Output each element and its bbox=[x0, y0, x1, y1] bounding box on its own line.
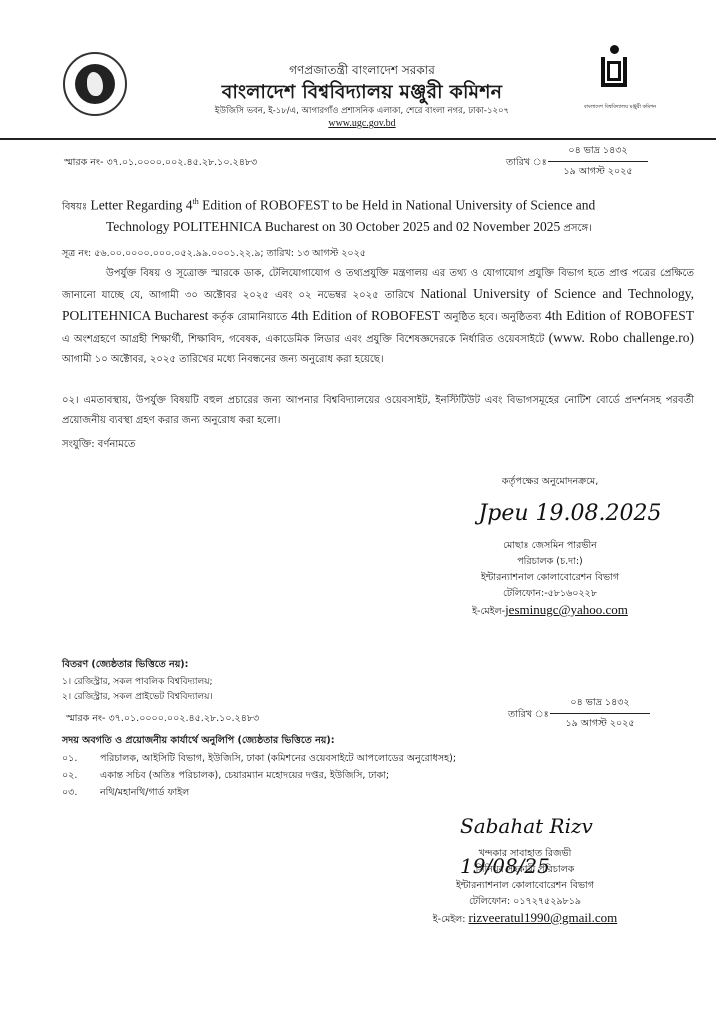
signatory-1-name: মোছাঃ জেসমিন পারভীন bbox=[420, 538, 680, 554]
memo-number-2: স্মারক নং- ৩৭.০১.০০০০.০০২.৪৫.২৮.১০.২৪৮৩ bbox=[66, 712, 259, 727]
signatory-2-phone: টেলিফোন: ০১৭২৭৫২৯৮১৯ bbox=[410, 894, 640, 910]
signatory-1-designation: পরিচালক (চ.দা:) bbox=[420, 554, 680, 570]
distribution-title: বিতরণ (জ্যেষ্ঠতার ভিত্তিতে নয়): bbox=[62, 658, 188, 673]
date-label: তারিখ ঃ bbox=[506, 156, 547, 171]
p1-text-g: এ অংশগ্রহণে আগ্রহী শিক্ষার্থী, শিক্ষাবিদ… bbox=[62, 334, 549, 345]
signatory-2-department: ইন্টারন্যাশনাল কোলাবোরেশন বিভাগ bbox=[410, 878, 640, 894]
signatory-1: কর্তৃপক্ষের অনুমোদনক্রমে, Jpeu 19.08.202… bbox=[420, 474, 680, 620]
header-divider bbox=[0, 138, 716, 140]
p1-website[interactable]: (www. Robo challenge.ro) bbox=[549, 330, 694, 345]
ugc-logo bbox=[595, 45, 635, 105]
logo-g-shape bbox=[607, 61, 621, 81]
p1-text-e: অনুষ্ঠিত হবে। অনুষ্ঠিতব্য bbox=[440, 312, 545, 323]
ugc-logo-caption: বাংলাদেশ বিশ্ববিদ্যালয় মঞ্জুরী কমিশন bbox=[580, 104, 660, 111]
signatory-1-department: ইন্টারন্যাশনাল কোলাবোরেশন বিভাগ bbox=[420, 570, 680, 586]
date-label-2: তারিখ ঃ bbox=[508, 708, 549, 723]
body-paragraph-2: ০২। এমতাবস্থায়, উপর্যুক্ত বিষয়টি বহুল … bbox=[62, 391, 694, 431]
distribution-item: ১। রেজিস্ট্রার, সকল পাবলিক বিশ্ববিদ্যালয… bbox=[62, 674, 213, 689]
subject-line2: Technology POLITEHNICA Bucharest on 30 O… bbox=[62, 217, 702, 238]
copy-item-text: পরিচালক, আইসিটি বিভাগ, ইউজিসি, ঢাকা (কমি… bbox=[100, 752, 456, 767]
attachment-note: সংযুক্তি: বর্ণনামতে bbox=[62, 437, 135, 454]
signatory-2-email-link[interactable]: rizveeratul1990@gmail.com bbox=[468, 910, 617, 925]
signatory-1-phone: টেলিফোন:-৫৮১৬০২২৮ bbox=[420, 586, 680, 602]
date-bangla-2: ০৪ ভাদ্র ১৪৩২ bbox=[550, 696, 650, 714]
subject-suffix: প্রসঙ্গে। bbox=[560, 223, 591, 234]
distribution-item: ২। রেজিস্ট্রার, সকল প্রাইভেট বিশ্ববিদ্যা… bbox=[62, 689, 213, 704]
subject-line1-pre: Letter Regarding 4 bbox=[91, 198, 193, 213]
reference-number: সূত্র নং: ৫৬.০০.০০০০.০০০.০৫২.৯৯.০০০১.২২.… bbox=[62, 247, 366, 262]
signature-1: Jpeu 19.08.2025 bbox=[420, 490, 680, 538]
date-english-2: ১৯ আগস্ট ২০২৫ bbox=[550, 714, 650, 732]
subject-line2-text: Technology POLITEHNICA Bucharest on 30 O… bbox=[106, 219, 560, 234]
signatory-1-email-link[interactable]: jesminugc@yahoo.com bbox=[505, 602, 628, 617]
p1-text-c: কর্তৃক রোমানিয়াতে bbox=[208, 312, 291, 323]
subject: বিষয়ঃ Letter Regarding 4th Edition of R… bbox=[62, 192, 702, 238]
org-website-link[interactable]: www.ugc.gov.bd bbox=[0, 118, 724, 129]
date-english: ১৯ আগস্ট ২০২৫ bbox=[548, 162, 648, 180]
date-bangla: ০৪ ভাদ্র ১৪৩২ bbox=[548, 144, 648, 162]
signatory-2-name: খন্দকার সাবাহাত রিজভী bbox=[410, 846, 640, 862]
memo-number: স্মারক নং- ৩৭.০১.০০০০.০০২.৪৫.২৮.১০.২৪৮৩ bbox=[64, 156, 257, 171]
memo-date-2: ০৪ ভাদ্র ১৪৩২ ১৯ আগস্ট ২০২৫ bbox=[550, 696, 650, 732]
copies-title: সদয় অবগতি ও প্রয়োজনীয় কার্যার্থে অনুল… bbox=[62, 734, 335, 749]
p1-event-name: 4th Edition of ROBOFEST bbox=[291, 308, 440, 323]
body-paragraph-1: উপর্যুক্ত বিষয় ও সূত্রোক্ত স্মারকে ডাক,… bbox=[62, 264, 694, 370]
p1-event-name-2: 4th Edition of ROBOFEST bbox=[545, 308, 694, 323]
signatory-2-email-label: ই-মেইল: bbox=[433, 914, 469, 925]
copy-item-text: নথি/মহানথি/গার্ড ফাইল bbox=[100, 786, 189, 801]
copy-item-number: ০২. bbox=[62, 769, 77, 784]
logo-dot bbox=[610, 45, 619, 54]
memo-date: ০৪ ভাদ্র ১৪৩২ ১৯ আগস্ট ২০২৫ bbox=[548, 144, 648, 180]
p1-text-i: আগামী ১০ অক্টোবর, ২০২৫ তারিখের মধ্যে নিব… bbox=[62, 354, 384, 365]
signatory-2: Sabahat Rizv 19/08/25 খন্দকার সাবাহাত রি… bbox=[410, 806, 640, 928]
signatory-2-designation: সিনিয়র সহকারী পরিচালক bbox=[410, 862, 640, 878]
subject-label: বিষয়ঃ bbox=[62, 202, 87, 213]
copy-item-number: ০১. bbox=[62, 752, 77, 767]
approval-text: কর্তৃপক্ষের অনুমোদনক্রমে, bbox=[420, 474, 680, 490]
copy-item-number: ০৩. bbox=[62, 786, 77, 801]
signature-2: Sabahat Rizv 19/08/25 bbox=[410, 806, 640, 846]
copy-item-text: একান্ত সচিব (অতিঃ পরিচালক), চেয়ারম্যান … bbox=[100, 769, 389, 784]
signatory-1-email-label: ই-মেইল- bbox=[472, 606, 505, 617]
subject-line1-post: Edition of ROBOFEST to be Held in Nation… bbox=[199, 198, 595, 213]
